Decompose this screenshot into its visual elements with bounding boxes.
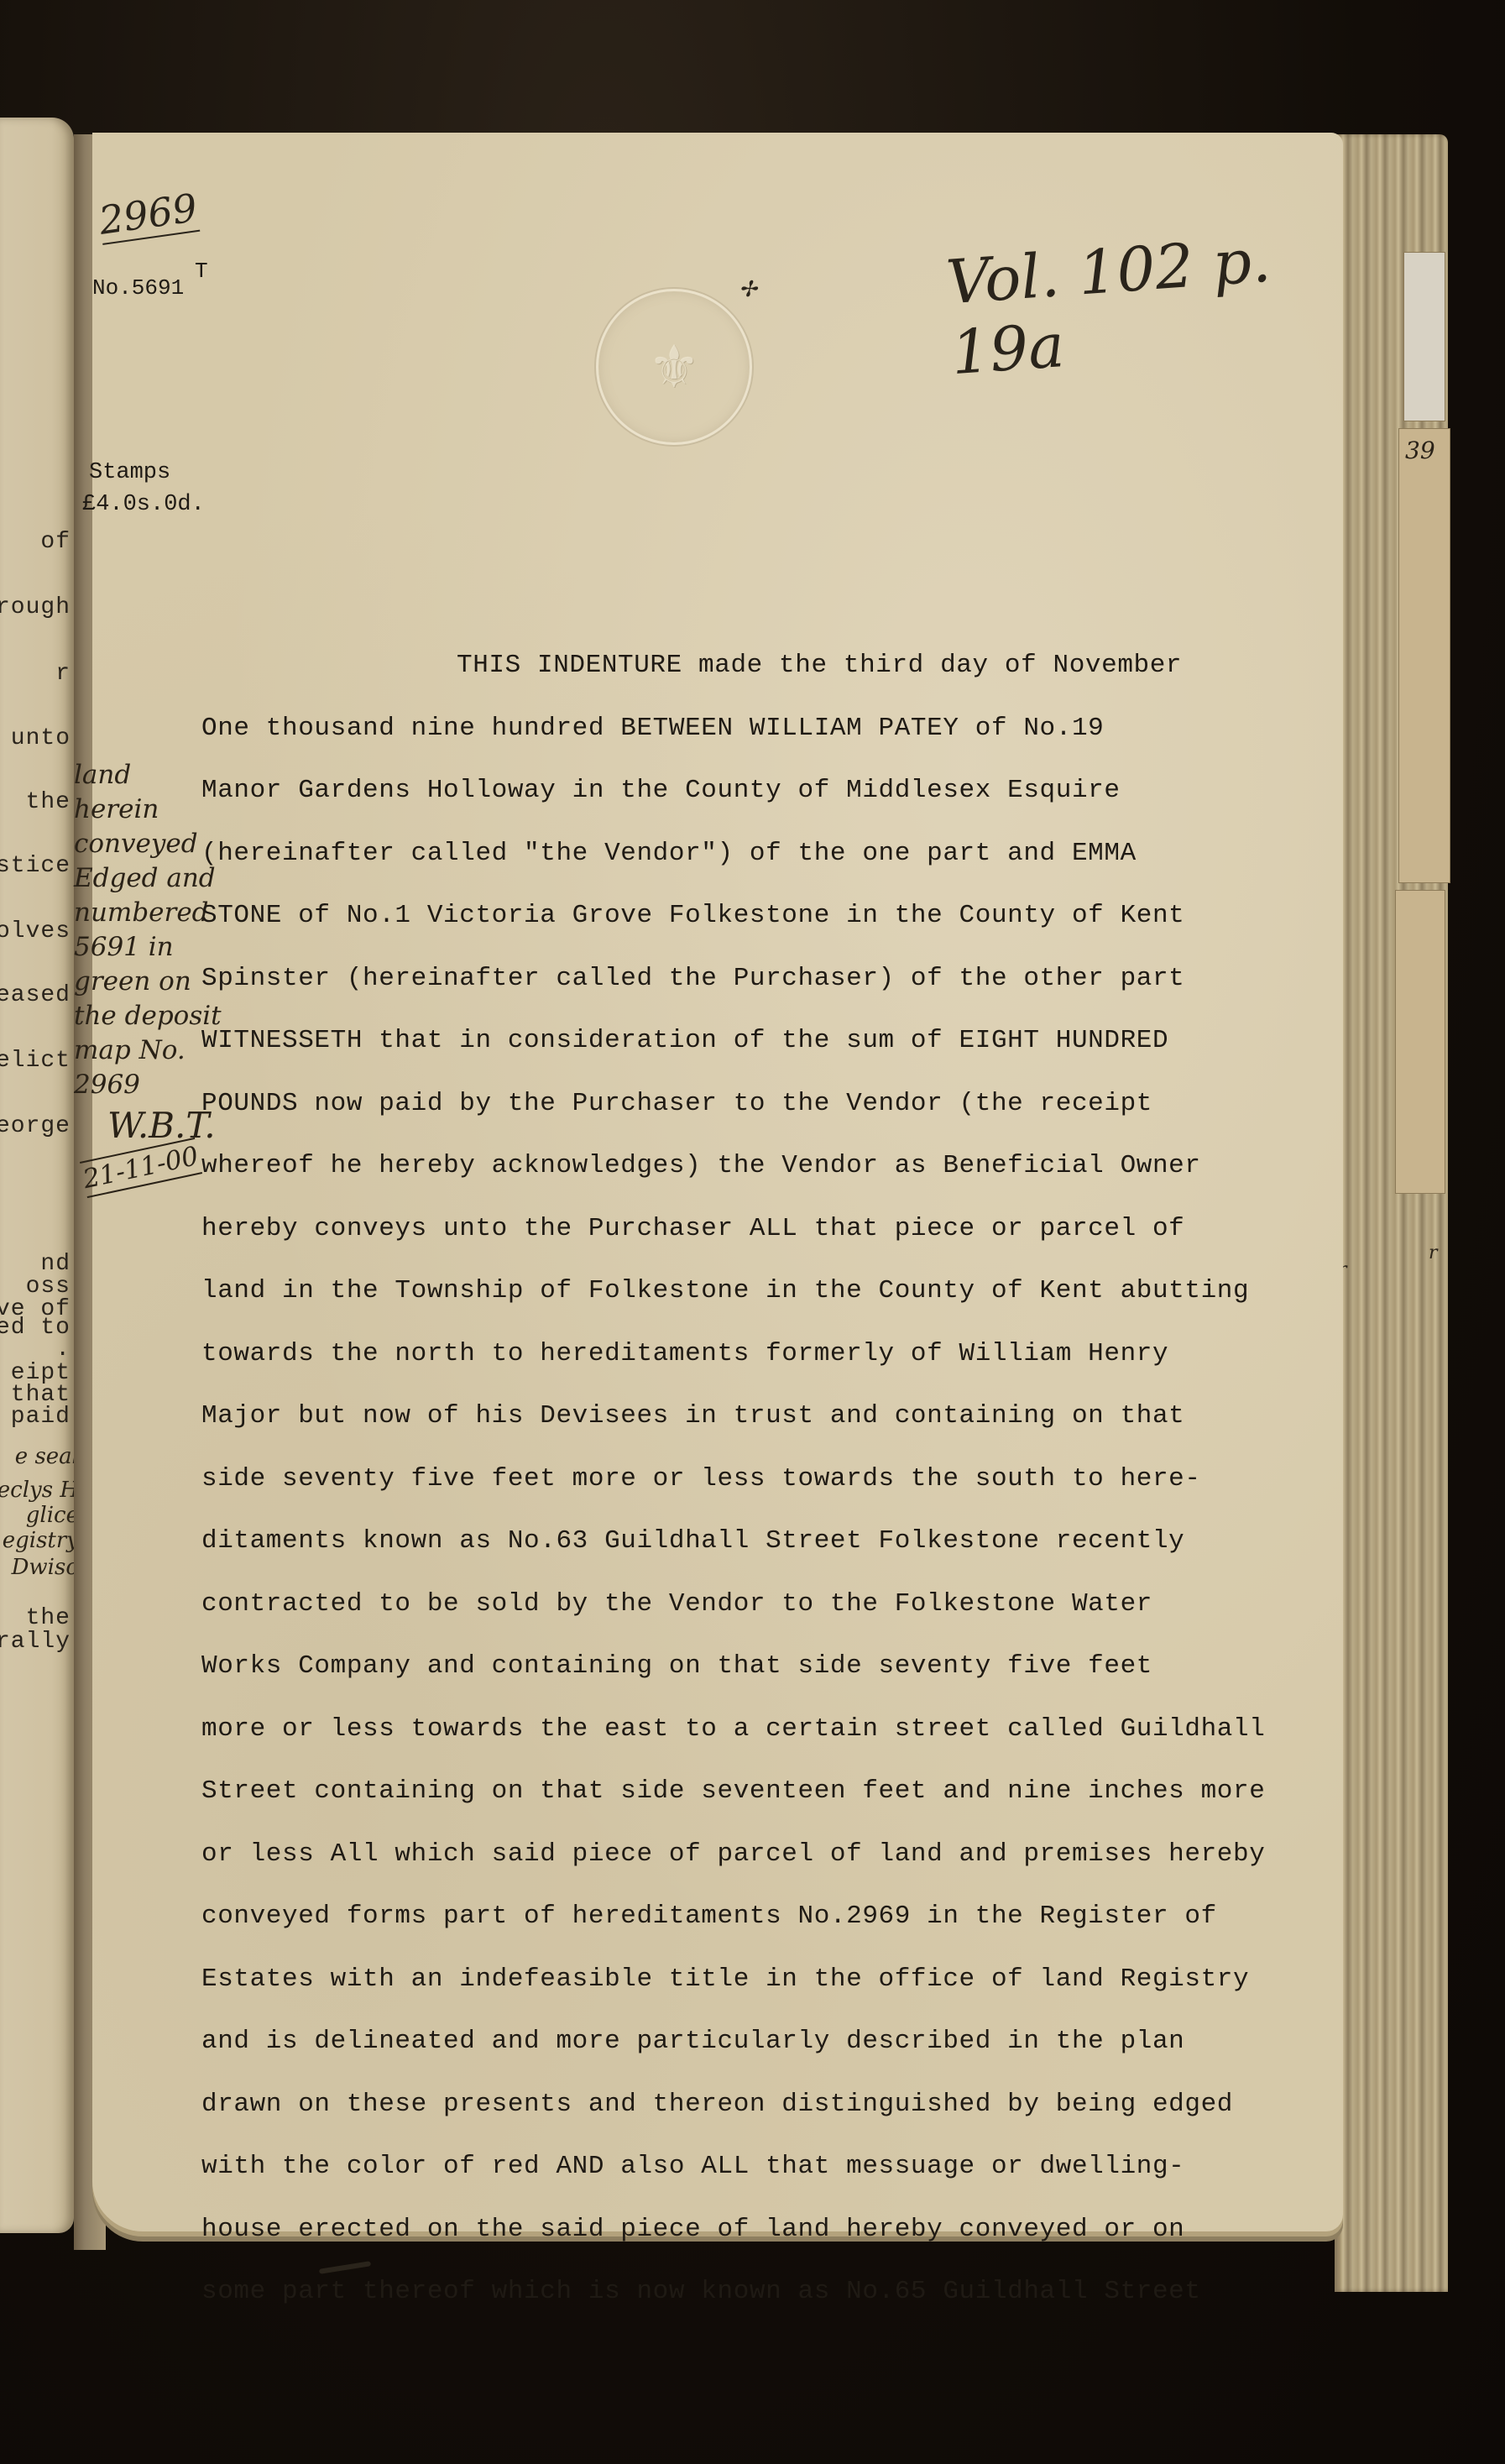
body-line: Estates with an indefeasible title in th…	[201, 1949, 1360, 2011]
body-line: hereby conveys unto the Purchaser ALL th…	[201, 1198, 1360, 1261]
body-line: side seventy five feet more or less towa…	[201, 1448, 1360, 1511]
left-page-handwriting: egistry	[3, 1528, 74, 1553]
left-page-handwriting: e seal	[15, 1444, 74, 1469]
volume-page-annotation: Vol. 102 p. 19a	[944, 220, 1348, 388]
left-page-fragment: the	[26, 789, 71, 815]
left-page-fragment: of	[40, 529, 71, 555]
body-line: towards the north to hereditaments forme…	[201, 1323, 1360, 1386]
body-line: and is delineated and more particularly …	[201, 2011, 1360, 2074]
body-line: house erected on the said piece of land …	[201, 2199, 1360, 2262]
page-tab	[1403, 252, 1445, 421]
left-page-fragment: r	[55, 661, 71, 687]
body-line: One thousand nine hundred BETWEEN WILLIA…	[201, 698, 1360, 761]
stack-mark: r	[1429, 1242, 1438, 1263]
left-page-fragment: everally	[0, 1629, 71, 1655]
stamps-amount: £4.0s.0d.	[82, 492, 205, 517]
body-line: ditaments known as No.63 Guildhall Stree…	[201, 1510, 1360, 1573]
left-page-fragment: the	[26, 1605, 71, 1631]
body-line: drawn on these presents and thereon dist…	[201, 2074, 1360, 2137]
handwritten-register-number: 2969	[97, 185, 201, 245]
body-line: Works Company and containing on that sid…	[201, 1635, 1360, 1698]
royal-arms-icon: ⚜	[648, 332, 701, 401]
body-line: Spinster (hereinafter called the Purchas…	[201, 948, 1360, 1011]
body-line: THIS INDENTURE made the third day of Nov…	[201, 635, 1360, 698]
body-line: land in the Township of Folkestone in th…	[201, 1260, 1360, 1323]
left-page-handwriting: glice	[26, 1503, 74, 1528]
left-page-fragment: .	[55, 1337, 71, 1363]
ink-mark-icon: ✢	[739, 277, 757, 302]
left-facing-page: of rough r unto the Justice olves ceased…	[0, 118, 74, 2233]
indenture-body: THIS INDENTURE made the third day of Nov…	[201, 635, 1360, 2324]
stamps-label: Stamps	[89, 460, 170, 485]
left-page-fragment: n paid	[0, 1404, 71, 1430]
body-line: contracted to be sold by the Vendor to t…	[201, 1573, 1360, 1636]
body-line: WITNESSETH that in consideration of the …	[201, 1010, 1360, 1073]
left-page-fragment: George	[0, 1113, 71, 1139]
left-page-handwriting: Dwiso	[12, 1555, 74, 1580]
body-line: Major but now of his Devisees in trust a…	[201, 1385, 1360, 1448]
body-line: Street containing on that side seventeen…	[201, 1760, 1360, 1823]
left-page-fragment: Justice	[0, 853, 71, 879]
body-line: conveyed forms part of hereditaments No.…	[201, 1886, 1360, 1949]
left-page-fragment: Relict	[0, 1048, 71, 1074]
body-line: more or less towards the east to a certa…	[201, 1698, 1360, 1761]
tab-number: 39	[1405, 437, 1435, 464]
left-page-fragment: olves	[0, 918, 71, 944]
left-page-handwriting: eclys H	[0, 1478, 74, 1503]
page-tab	[1395, 890, 1445, 1194]
left-page-fragment: ceased	[0, 982, 71, 1008]
page-tab	[1398, 428, 1450, 883]
typed-reference-suffix: T	[195, 259, 208, 284]
left-page-fragment: rough	[0, 594, 71, 620]
body-line: STONE of No.1 Victoria Grove Folkestone …	[201, 885, 1360, 948]
typed-reference-number: No.5691	[92, 275, 184, 301]
body-line: whereof he hereby acknowledges) the Vend…	[201, 1135, 1360, 1198]
embossed-seal-icon: ⚜	[596, 289, 752, 445]
body-line: Manor Gardens Holloway in the County of …	[201, 760, 1360, 823]
body-line: or less All which said piece of parcel o…	[201, 1823, 1360, 1886]
left-page-fragment: unto	[11, 725, 71, 751]
body-line: (hereinafter called "the Vendor") of the…	[201, 823, 1360, 886]
document-page: 2969 No.5691 T Vol. 102 p. 19a ✢ ⚜ Stamp…	[92, 133, 1343, 2231]
body-line: POUNDS now paid by the Purchaser to the …	[201, 1073, 1360, 1136]
body-line: with the color of red AND also ALL that …	[201, 2136, 1360, 2199]
body-line: some part thereof which is now known as …	[201, 2261, 1360, 2324]
